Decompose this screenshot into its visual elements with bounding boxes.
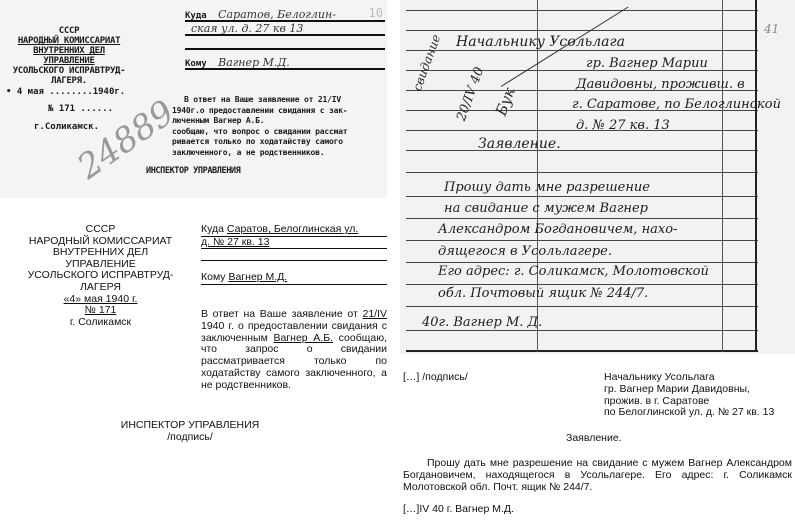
body-text: Прошу дать мне разрешение на свидание с … (403, 457, 792, 493)
address-line: гр. Вагнер Марии Давидовны, (604, 384, 774, 396)
margin-resolution-note: свидание (410, 33, 443, 93)
transcription-left-header: СССР НАРОДНЫЙ КОМИССАРИАТ ВНУТРЕННИХ ДЕЛ… (2, 224, 199, 328)
transcription-answer-text: В ответ на Ваше заявление от 21/IV 1940 … (201, 309, 387, 392)
header-line: СССР (2, 224, 199, 236)
answer-date: 21/IV (362, 308, 387, 320)
scan-right-corner-mark: 41 (764, 22, 779, 36)
margin-rule (755, 0, 757, 352)
scan-left-city: г.Соликамск. (34, 122, 99, 132)
rule-line (406, 284, 758, 285)
transcription-addressee: Начальнику Усольлага гр. Вагнер Марии Да… (604, 372, 774, 419)
komu-line: Кому Вагнер М.Д. (201, 272, 387, 285)
rule-line (406, 30, 758, 31)
hw-line: д. № 27 кв. 13 (576, 118, 670, 133)
scan-left-date: • 4 мая ........1940г. (6, 87, 125, 97)
answer-text: В ответ на Ваше заявление от (201, 308, 358, 320)
hw-line: Начальнику Усольлага (456, 34, 625, 50)
hw-line: г. Саратове, по Белоглинской (572, 97, 781, 112)
header-line: ЛАГЕРЯ (2, 282, 199, 294)
kuda-line-2: д. № 27 кв. 13 (201, 237, 387, 250)
rule-line (406, 172, 758, 173)
rule-line (406, 218, 758, 219)
kuda-line: Куда Саратов, Белоглинская ул. (201, 224, 387, 237)
hw-line: обл. Почтовый ящик № 244/7. (438, 286, 648, 301)
scan-left-answer-text: В ответ на Ваше заявление от 21/IV 1940г… (172, 95, 387, 158)
kuda-handwritten-2: ская ул. д. 27 кв 13 (191, 22, 303, 35)
header-line: НАРОДНЫЙ КОМИССАРИАТ (4, 36, 134, 46)
rule-line (406, 196, 758, 197)
header-line: УСОЛЬСКОГО ИСПРАВТРУД- (4, 66, 134, 76)
komu-handwritten: Вагнер М.Д. (218, 56, 290, 69)
header-line: УПРАВЛЕНИЕ (4, 56, 134, 66)
hw-line: Давидовны, проживш. в (576, 77, 745, 92)
rule-line (406, 306, 758, 307)
address-line: по Белоглинской ул. д. № 27 кв. 13 (604, 407, 774, 419)
transcription-inspector: ИНСПЕКТОР УПРАВЛЕНИЯ /подпись/ (110, 419, 270, 443)
komu-label: Кому (185, 59, 207, 69)
hw-line: 40г. Вагнер М. Д. (422, 315, 542, 330)
komu-line: Кому Вагнер М.Д. (185, 56, 385, 70)
blank-line (185, 36, 385, 50)
rule-line (406, 330, 758, 331)
kuda-label: Куда (185, 11, 207, 21)
rule-line (406, 10, 758, 11)
letter-city: г. Соликамск (2, 317, 199, 329)
kuda-value: Саратов, Белоглинская ул. (227, 224, 358, 235)
hw-line: Прошу дать мне разрешение (444, 180, 650, 195)
kuda-handwritten: Саратов, Белоглин- (218, 8, 336, 21)
komu-label: Кому (201, 272, 226, 283)
scan-left-inspector: ИНСПЕКТОР УПРАВЛЕНИЯ (146, 166, 240, 176)
ruled-paper: Начальнику Усольлага гр. Вагнер Марии Да… (406, 0, 758, 352)
answer-line: заключенного, а не родственников. (172, 148, 387, 159)
rule-line (406, 50, 758, 51)
hw-line: дящегося в Усольлагере. (438, 244, 612, 259)
right-scanned-application: Начальнику Усольлага гр. Вагнер Марии Да… (400, 0, 795, 354)
hw-line: Его адрес: г. Соликамск, Молотовской (438, 264, 709, 279)
rule-line (406, 240, 758, 241)
transcription-address-form: Куда Саратов, Белоглинская ул. д. № 27 к… (201, 224, 387, 285)
left-scanned-reply-card: СССР НАРОДНЫЙ КОМИССАРИАТ ВНУТРЕННИХ ДЕЛ… (0, 0, 387, 198)
kuda-label: Куда (201, 224, 224, 235)
margin-rule (722, 0, 723, 352)
blank-line (201, 249, 387, 261)
hw-line: Александром Богдановичем, нахо- (438, 222, 677, 237)
kuda-value-2: д. № 27 кв. 13 (201, 237, 269, 248)
inspector-signature: /подпись/ (110, 431, 270, 443)
hw-line: Заявление. (478, 136, 561, 152)
answer-line: люченным Вагнер А.Б. (172, 116, 387, 127)
transcription-date-signature: […]IV 40 г. Вагнер М.Д. (403, 504, 514, 516)
inspector-title: ИНСПЕКТОР УПРАВЛЕНИЯ (110, 419, 270, 431)
komu-value: Вагнер М.Д. (228, 272, 287, 283)
kuda-line: Куда Саратов, Белоглин- (185, 8, 385, 22)
header-line: ВНУТРЕННИХ ДЕЛ (4, 46, 134, 56)
hw-line: гр. Вагнер Марии (586, 56, 708, 71)
header-line: СССР (4, 26, 134, 36)
hw-line: на свидание с мужем Вагнер (444, 201, 648, 216)
answer-line: 1940г.о предоставлении свидания с зак- (172, 106, 387, 117)
scan-left-address-form: Куда Саратов, Белоглин- ская ул. д. 27 к… (185, 8, 385, 70)
answer-line: сообщаю, что вопрос о свидании рассмат (172, 127, 387, 138)
rule-line (406, 262, 758, 263)
header-line: ЛАГЕРЯ. (4, 76, 134, 86)
letter-number: № 171 (2, 305, 199, 317)
scan-left-number: № 171 ...... (48, 104, 113, 114)
transcription-body: Прошу дать мне разрешение на свидание с … (403, 458, 792, 493)
answer-name: Вагнер А.Б. (273, 332, 333, 344)
transcription-title: Заявление. (566, 433, 622, 445)
kuda-line-2: ская ул. д. 27 кв 13 (185, 22, 385, 36)
answer-line: В ответ на Ваше заявление от 21/IV (172, 95, 387, 106)
answer-line: ривается только по ходатайству самого (172, 137, 387, 148)
scan-left-header: СССР НАРОДНЫЙ КОМИССАРИАТ ВНУТРЕННИХ ДЕЛ… (4, 26, 134, 86)
rule-line (406, 150, 758, 151)
margin-date-note: 20/IV 40 (454, 65, 487, 123)
transcription-resolution-signature: […] /подпись/ (403, 372, 468, 384)
